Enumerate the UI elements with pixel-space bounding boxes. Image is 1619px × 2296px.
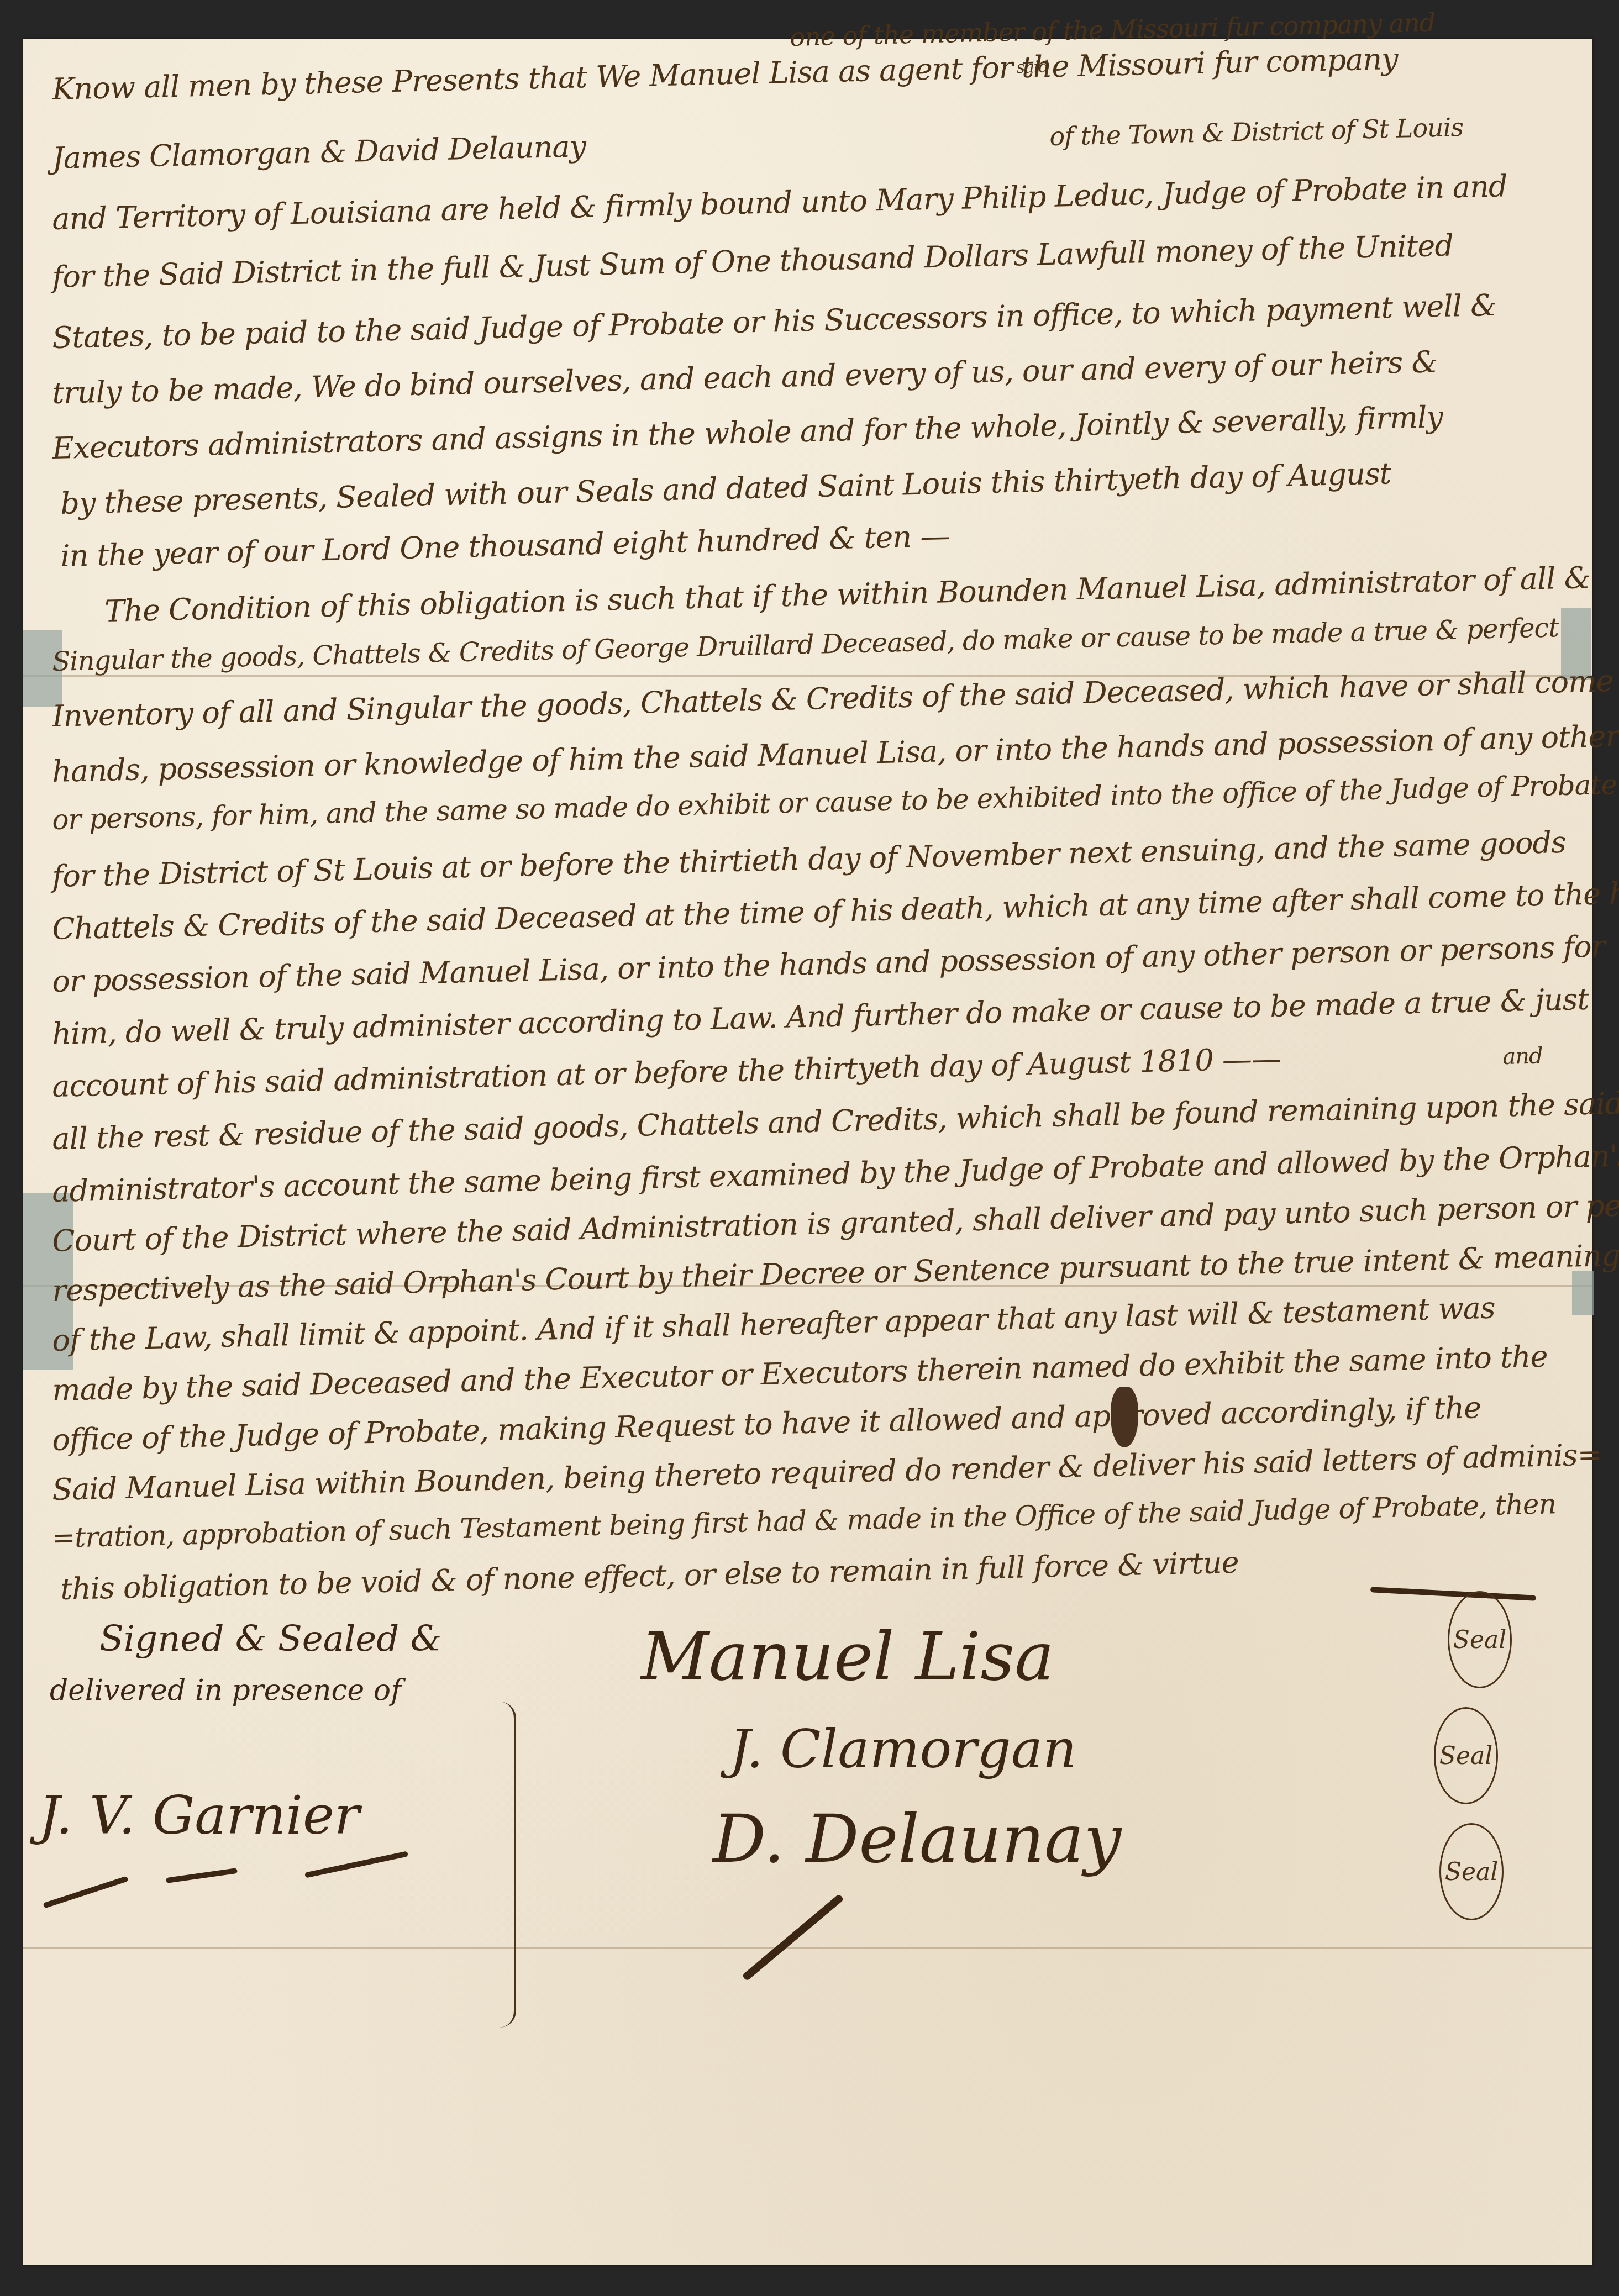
- seal-mark: Seal: [1448, 1591, 1512, 1688]
- attestation-line-1: Signed & Sealed &: [99, 1619, 442, 1660]
- signature-manuel-lisa: Manuel Lisa: [641, 1619, 1054, 1695]
- signature-clamorgan: J. Clamorgan: [729, 1718, 1077, 1780]
- fold-crease: [23, 1947, 1592, 1949]
- seal-label: Seal: [1445, 1858, 1499, 1886]
- bracket: [497, 1702, 516, 2028]
- margin-note-and: and: [1502, 1043, 1543, 1070]
- seal-mark: Seal: [1439, 1823, 1504, 1920]
- ink-blot: [1111, 1387, 1138, 1447]
- repair-tape: [1572, 1271, 1594, 1315]
- witness-signature: J. V. Garnier: [39, 1784, 360, 1846]
- signature-delaunay: D. Delaunay: [713, 1801, 1121, 1878]
- seal-mark: Seal: [1434, 1707, 1498, 1804]
- attestation-line-2: delivered in presence of: [50, 1674, 401, 1707]
- seal-label: Seal: [1439, 1742, 1493, 1770]
- seal-label: Seal: [1453, 1626, 1507, 1654]
